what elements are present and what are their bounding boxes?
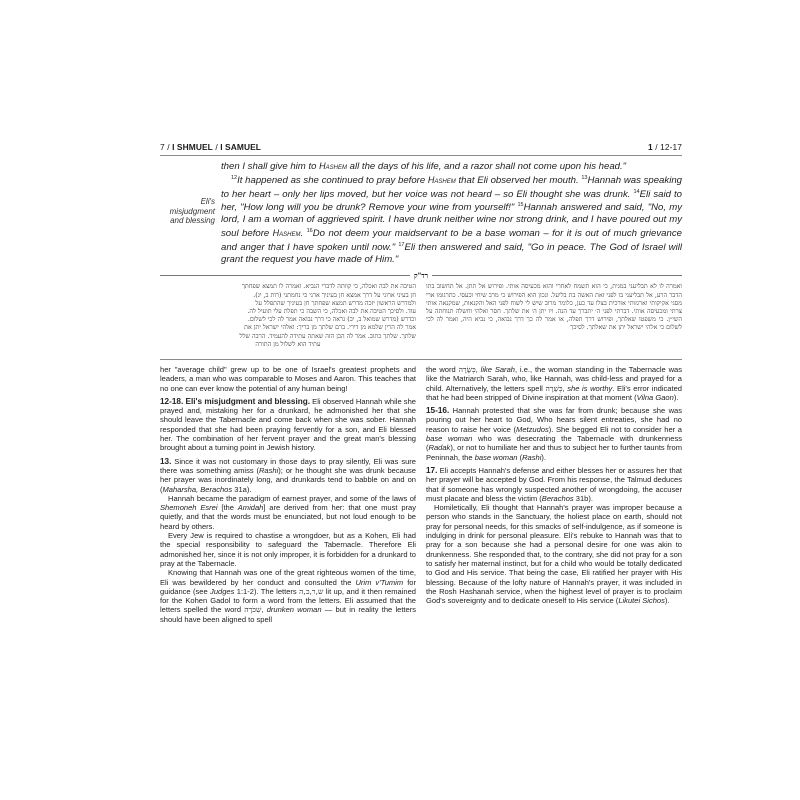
book-title-hebrew: I SHMUEL	[172, 142, 213, 152]
radak-line: אמר לה הרין שלמא מן דירי. ברם שלתך מן בר…	[160, 324, 416, 332]
running-head: 7 / I SHMUEL / I SAMUEL 1 / 12-17	[160, 142, 682, 152]
source-citation: Likutei Sichos	[618, 596, 665, 605]
page-number: 7	[160, 142, 165, 152]
commentary-paragraph: Every Jew is required to chastise a wron…	[160, 531, 416, 568]
chapter-number: 1	[648, 142, 653, 152]
radak-line: עוד. ולסיכך הטיבה את לבה ואכלה, כי השבה …	[160, 308, 416, 316]
margin-note: Eli's misjudgment and blessing	[160, 161, 221, 265]
commentary-text: 31a).	[232, 485, 251, 494]
translation-paragraph: 12It happened as she continued to pray b…	[221, 173, 682, 266]
commentary-text: her "average child" grew up to be one of…	[160, 365, 416, 393]
source-citation: Rashi	[259, 466, 278, 475]
commentary-column-left: her "average child" grew up to be one of…	[160, 365, 416, 624]
commentary-paragraph: 13. Since it was not customary in those …	[160, 457, 416, 494]
commentary-rule	[160, 359, 682, 360]
book-page: 7 / I SHMUEL / I SAMUEL 1 / 12-17 Eli's …	[160, 142, 682, 624]
source-citation: Vilna Gaon	[637, 393, 674, 402]
commentary-heading: 13.	[160, 457, 171, 466]
commentary-paragraph: Homiletically, Eli thought that Hannah's…	[426, 503, 682, 605]
radak-label: רד"ק	[410, 271, 432, 280]
commentary-text: the word	[426, 365, 459, 374]
commentary-text: 31b).	[574, 494, 593, 503]
source-citation: Metzudos	[516, 425, 549, 434]
term: Urim v'Tumim	[355, 578, 403, 587]
term: like Sarah	[481, 365, 515, 374]
english-commentary: her "average child" grew up to be one of…	[160, 365, 682, 624]
commentary-paragraph: the word כְּשָׂרָה, like Sarah, i.e., th…	[426, 365, 682, 402]
margin-note-line: Eli's	[160, 197, 215, 207]
commentary-text: ).	[674, 393, 679, 402]
commentary-text: ).	[665, 596, 670, 605]
source-citation: Maharsha, Berachos	[163, 485, 233, 494]
commentary-paragraph: Hannah became the paradigm of earnest pr…	[160, 494, 416, 531]
commentary-heading: 15-16.	[426, 406, 449, 415]
hebrew-word: כְּשֵׁרָה	[545, 384, 562, 393]
radak-text: ואמרה לו לא תבליעני במגית, כי הוא תשמח ל…	[426, 283, 682, 331]
verse-translation-block: Eli's misjudgment and blessing then I sh…	[160, 161, 682, 265]
radak-commentary: ואמרה לו לא תבליעני במגית, כי הוא תשמח ל…	[160, 283, 682, 349]
book-title-english: I SAMUEL	[220, 142, 261, 152]
commentary-text: Eli observed Hannah while she prayed and…	[160, 397, 416, 452]
source-citation: Radak	[429, 443, 451, 452]
commentary-text: Homiletically, Eli thought that Hannah's…	[426, 503, 682, 605]
radak-line: חן בעיני ארוני על דרך אמצא חן בעיניך ארנ…	[160, 292, 416, 300]
hebrew-word: כְּשָׂרָה	[459, 365, 476, 374]
commentary-text: [the	[218, 503, 238, 512]
commentary-heading: 12-18. Eli's misjudgment and blessing.	[160, 397, 310, 406]
verse-range: 12-17	[660, 142, 682, 152]
divine-name: Hashem	[319, 161, 347, 171]
source-citation: Judges	[210, 587, 234, 596]
verse-text: It happened as she continued to pray bef…	[237, 175, 428, 186]
translation-text: then I shall give him to Hashem all the …	[221, 161, 682, 265]
term: Amidah	[238, 503, 264, 512]
term: base woman	[426, 434, 472, 443]
radak-column-right: ואמרה לו לא תבליעני במגית, כי הוא תשמח ל…	[426, 283, 682, 349]
radak-line: הטיבה את לבה ואכלה, כי קוותה לדברי הנביא…	[160, 283, 416, 291]
term: base woman	[475, 453, 518, 462]
commentary-text: Every Jew is required to chastise a wron…	[160, 531, 416, 568]
divine-name: Hashem	[428, 175, 456, 185]
margin-note-line: misjudgment	[160, 207, 215, 217]
commentary-heading: 17.	[426, 466, 437, 475]
commentary-text: Hannah became the paradigm of earnest pr…	[168, 494, 416, 503]
radak-line: ולמדרש הראשון יזכה מדרש תמצא שפחתך חן בע…	[160, 300, 416, 308]
commentary-text: ).	[541, 453, 546, 462]
commentary-text: ). She begged Eli not to consider her a	[549, 425, 682, 434]
commentary-text: ), or not to humiliate her and thus to s…	[426, 443, 682, 461]
hebrew-word: שִׁכֹּרָה	[244, 605, 261, 614]
term: she is worthy	[567, 384, 612, 393]
radak-line: עתיד הוא לשלול מן התורה	[160, 341, 416, 349]
divider-line	[432, 275, 682, 276]
radak-divider: רד"ק	[160, 271, 682, 280]
hebrew-letters: ש,ר,כ,ה	[299, 587, 323, 596]
header-rule	[160, 155, 682, 156]
commentary-paragraph: 17. Eli accepts Hannah's defense and eit…	[426, 466, 682, 503]
term: drunken woman	[267, 605, 322, 614]
commentary-paragraph: her "average child" grew up to be one of…	[160, 365, 416, 393]
running-head-left: 7 / I SHMUEL / I SAMUEL	[160, 142, 261, 152]
commentary-paragraph: Knowing that Hannah was one of the great…	[160, 568, 416, 624]
radak-column-left: הטיבה את לבה ואכלה, כי קוותה לדברי הנביא…	[160, 283, 416, 349]
source-citation: Berachos	[542, 494, 574, 503]
commentary-text: 1:1-2). The letters	[234, 587, 299, 596]
radak-line: שלתך. שלתך כתוב. אמר לה הבן הזה שאתה עתי…	[160, 333, 416, 341]
divider-line	[160, 275, 410, 276]
divine-name: Hashem	[273, 228, 301, 238]
verse-text: that Eli observed her mouth.	[456, 175, 582, 186]
commentary-column-right: the word כְּשָׂרָה, like Sarah, i.e., th…	[426, 365, 682, 624]
term: Shemoneh Esrei	[160, 503, 218, 512]
commentary-paragraph: 12-18. Eli's misjudgment and blessing. E…	[160, 397, 416, 453]
running-head-right: 1 / 12-17	[648, 142, 682, 152]
commentary-paragraph: 15-16. Hannah protested that she was far…	[426, 406, 682, 462]
source-citation: Rashi	[522, 453, 541, 462]
translation-paragraph: then I shall give him to Hashem all the …	[221, 161, 682, 173]
margin-note-line: and blessing	[160, 216, 215, 226]
